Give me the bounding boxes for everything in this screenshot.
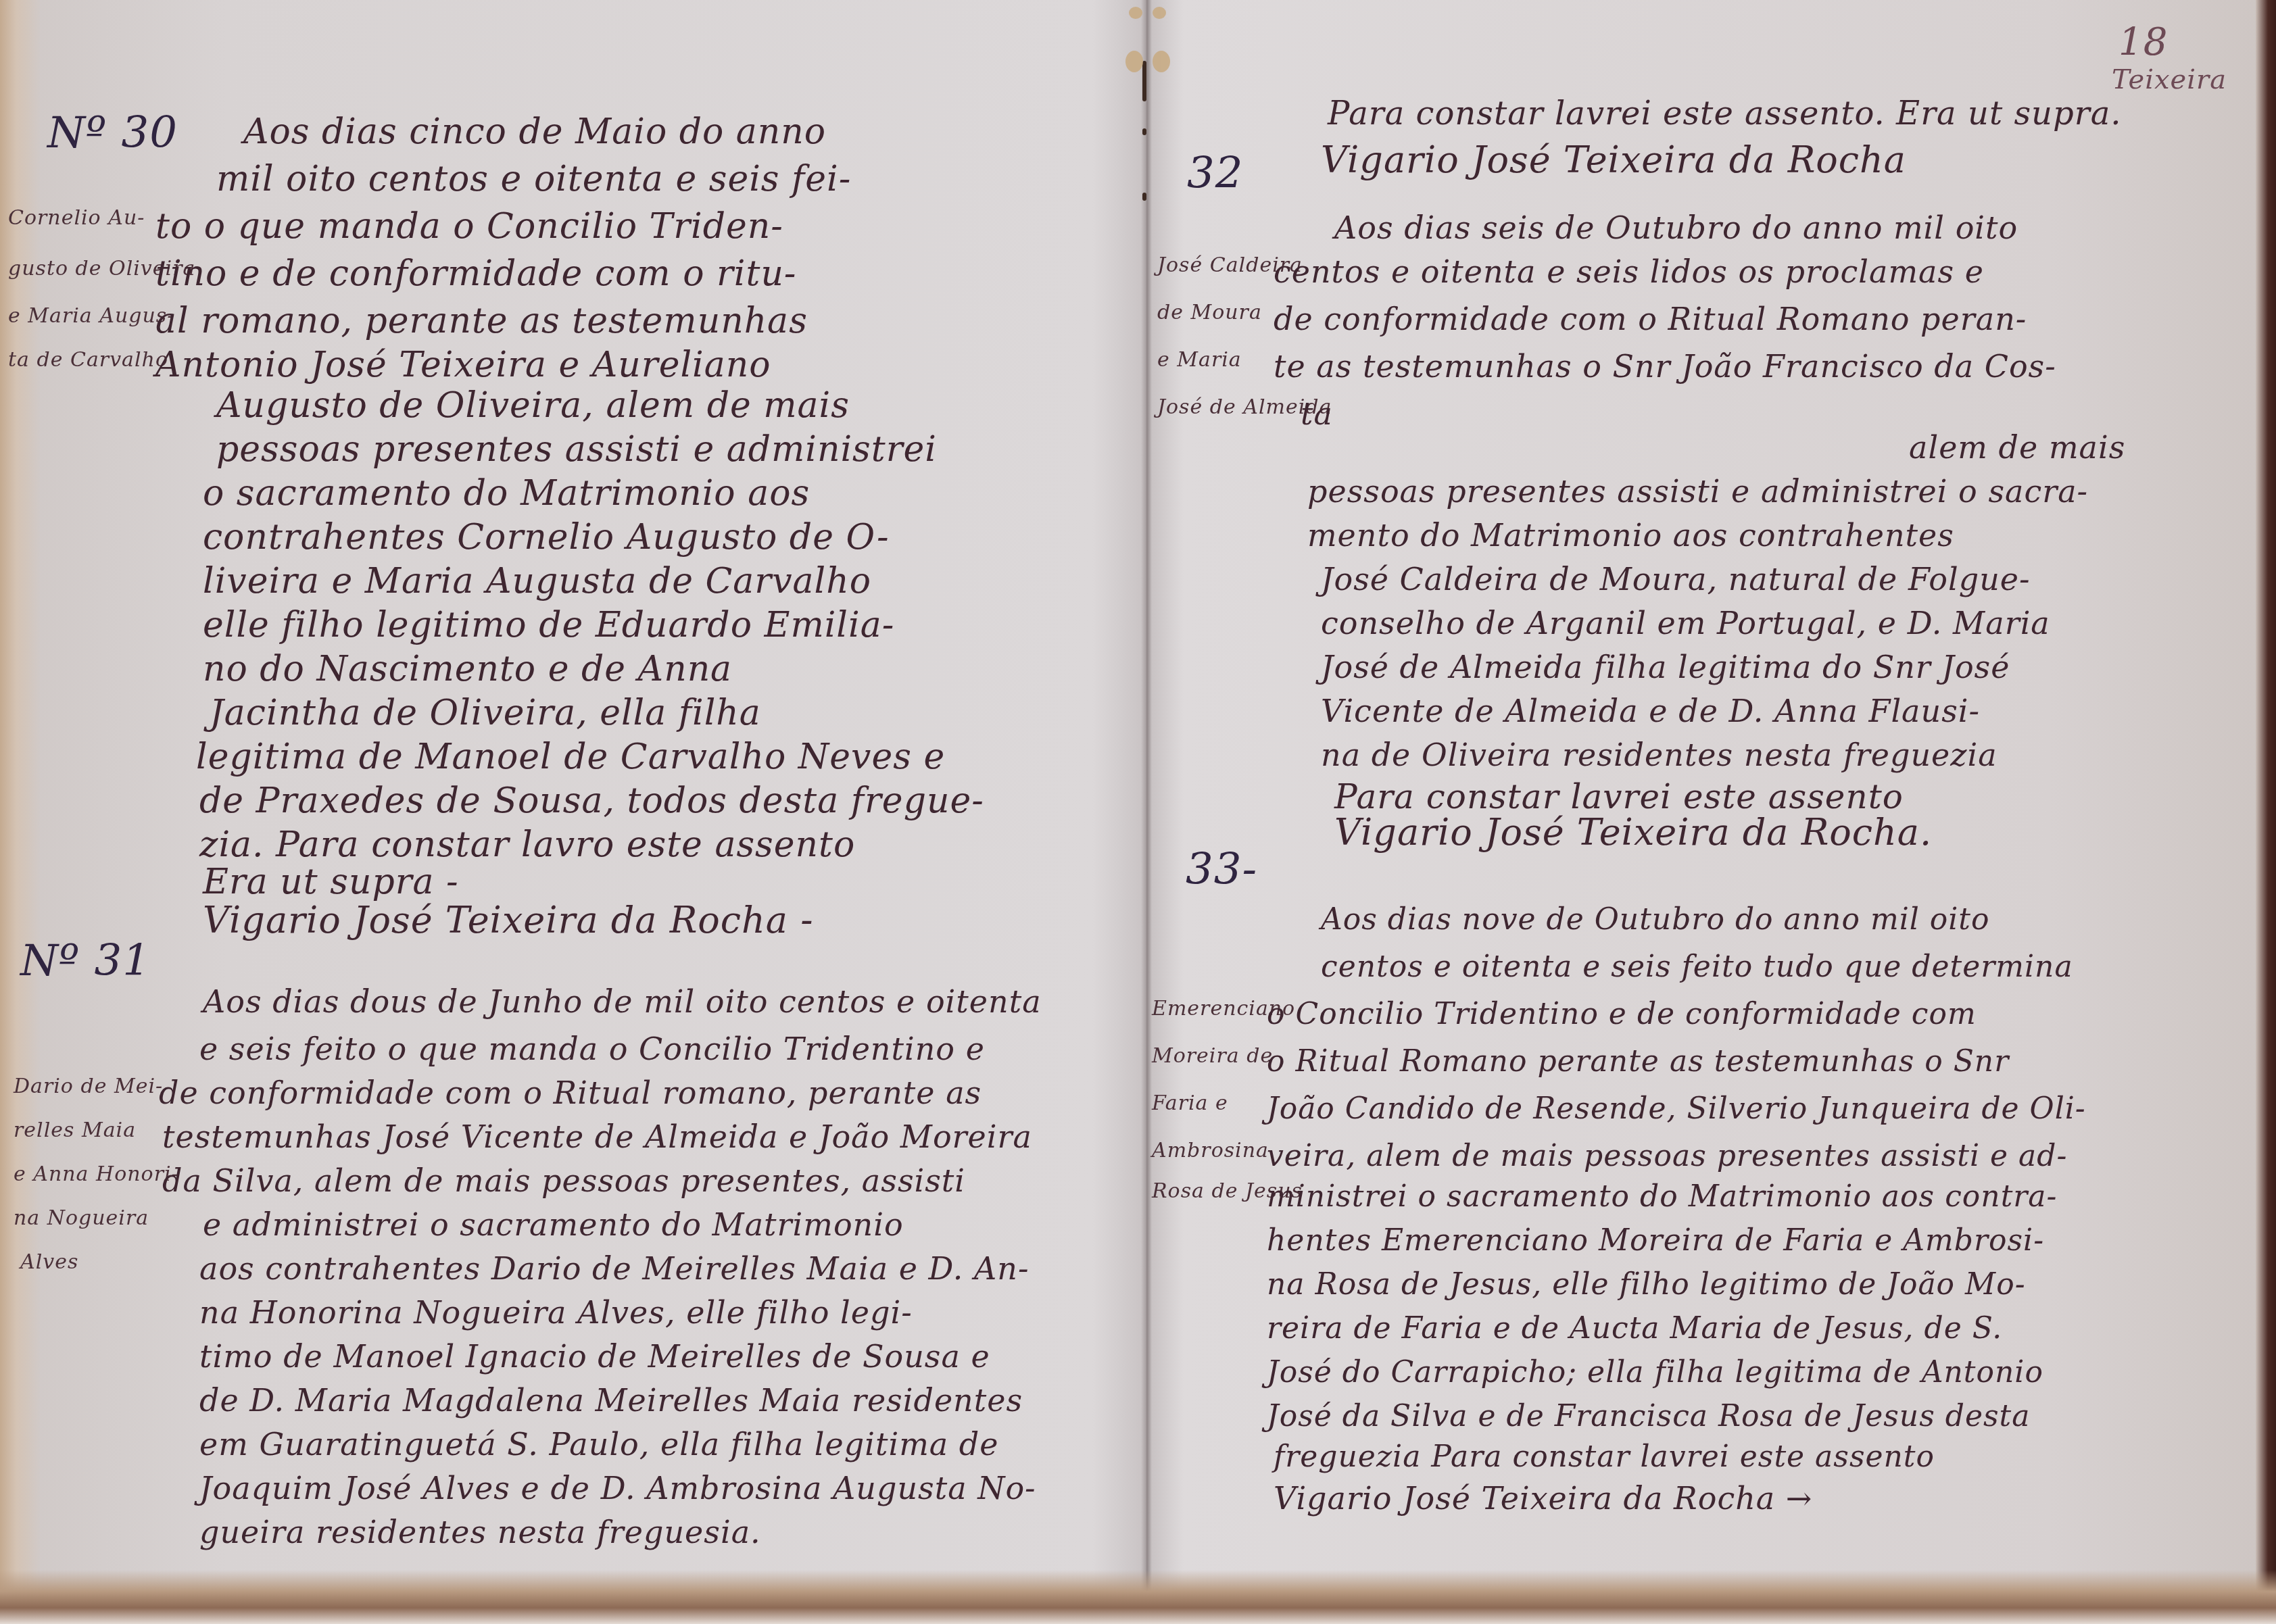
- vicar-signature: Vigario José Teixeira da Rocha →: [1274, 1480, 1812, 1517]
- entry-text-line: Antonio José Teixeira e Aureliano: [155, 345, 771, 385]
- binding-stitch: [1142, 193, 1146, 201]
- entry-text-line: pessoas presentes assisti e administrei …: [1307, 473, 2088, 510]
- entry-text-line: Jacintha de Oliveira, ella filha: [210, 693, 761, 733]
- margin-note-line: e Maria Augus-: [8, 304, 174, 328]
- entry-text-line: conselho de Arganil em Portugal, e D. Ma…: [1321, 605, 2050, 641]
- margin-note-line: Alves: [20, 1250, 78, 1274]
- entry-text-line: Aos dias cinco de Maio do anno: [243, 112, 826, 152]
- entry-text-line: na Honorina Nogueira Alves, elle filho l…: [199, 1294, 913, 1331]
- entry-text-line: al romano, perante as testemunhas: [155, 301, 808, 341]
- entry-text-line: zia. Para constar lavro este assento: [199, 825, 855, 865]
- entry-text-line: José da Silva e de Francisca Rosa de Jes…: [1267, 1399, 2030, 1433]
- margin-note-line: na Nogueira: [14, 1206, 149, 1230]
- entry-text-line: Aos dias dous de Junho de mil oito cento…: [203, 983, 1042, 1020]
- entry-text-line: Augusto de Oliveira, alem de mais: [216, 385, 850, 426]
- entry-text-line: José do Carrapicho; ella filha legitima …: [1267, 1355, 2043, 1389]
- entry-text-line: de conformidade com o Ritual romano, per…: [159, 1075, 982, 1111]
- entry-number: Nº 30: [47, 108, 178, 158]
- entry-text-line: e seis feito o que manda o Concilio Trid…: [199, 1031, 985, 1067]
- entry-text-line: na de Oliveira residentes nesta freguezi…: [1321, 737, 1997, 773]
- entry-text-line: o Ritual Romano perante as testemunhas o…: [1267, 1044, 2009, 1079]
- entry-text-line: da Silva, alem de mais pessoas presentes…: [162, 1162, 965, 1199]
- entry-text-line: o Concilio Tridentino e de conformidade …: [1267, 997, 1977, 1031]
- margin-note-line: Ambrosina: [1152, 1139, 1269, 1162]
- entry-number: 32: [1187, 149, 1243, 199]
- entry-text-line: no do Nascimento e de Anna: [203, 649, 732, 689]
- entry-text-line: testemunhas José Vicente de Almeida e Jo…: [162, 1118, 1032, 1155]
- entry-text-line: contrahentes Cornelio Augusto de O-: [203, 517, 890, 558]
- binding-stitch: [1142, 61, 1146, 101]
- margin-note-line: Dario de Mei-: [14, 1075, 163, 1098]
- entry-text-line: de D. Maria Magdalena Meirelles Maia res…: [199, 1382, 1023, 1419]
- margin-note-line: e Anna Honori-: [14, 1162, 179, 1186]
- entry-text-line: mil oito centos e oitenta e seis fei-: [216, 159, 851, 199]
- entry-text-line: Era ut supra -: [203, 862, 459, 902]
- left-page: Nº 30 Cornelio Au- gusto de Oliveira e M…: [0, 0, 1142, 1624]
- entry-number: Nº 31: [20, 936, 151, 986]
- entry-text-line: em Guaratinguetá S. Paulo, ella filha le…: [199, 1426, 998, 1462]
- entry-text-line: to o que manda o Concilio Triden-: [155, 206, 783, 247]
- margin-note-line: e Maria: [1157, 348, 1242, 372]
- vicar-signature: Vigario José Teixeira da Rocha -: [203, 899, 813, 941]
- entry-text-line: José de Almeida filha legitima do Snr Jo…: [1321, 649, 2010, 685]
- binding-gutter: [1141, 0, 1152, 1624]
- entry-text-line: Aos dias seis de Outubro do anno mil oit…: [1334, 210, 2018, 246]
- entry-text-line: te as testemunhas o Snr João Francisco d…: [1274, 348, 2056, 385]
- entry-text-line: na Rosa de Jesus, elle filho legitimo de…: [1267, 1267, 2026, 1302]
- binding-stitch: [1142, 128, 1146, 135]
- entry-text-line: Vicente de Almeida e de D. Anna Flausi-: [1321, 693, 1980, 729]
- entry-text-line: José Caldeira de Moura, natural de Folgu…: [1321, 561, 2031, 597]
- entry-text-line: pessoas presentes assisti e administrei: [216, 429, 937, 470]
- entry-text-line: e administrei o sacramento do Matrimonio: [203, 1206, 904, 1243]
- entry-text-line: legitima de Manoel de Carvalho Neves e: [196, 737, 945, 777]
- margin-note-line: ta de Carvalho: [8, 348, 168, 372]
- entry-text-line: veira, alem de mais pessoas presentes as…: [1267, 1139, 2067, 1173]
- margin-note-line: Moreira de: [1152, 1044, 1273, 1068]
- margin-note-line: Faria e: [1152, 1091, 1228, 1115]
- entry-text-line: timo de Manoel Ignacio de Meirelles de S…: [199, 1338, 990, 1375]
- folio-note: Teixeira: [2112, 64, 2227, 95]
- entry-text-line: o sacramento do Matrimonio aos: [203, 473, 810, 514]
- entry-text-line: Joaquim José Alves e de D. Ambrosina Aug…: [199, 1470, 1036, 1506]
- right-page: 18 Teixeira Para constar lavrei este ass…: [1152, 0, 2260, 1624]
- entry-text-line: João Candido de Resende, Silverio Junque…: [1267, 1091, 2086, 1126]
- entry-text-line: elle filho legitimo de Eduardo Emilia-: [203, 605, 894, 645]
- entry-text-line: de conformidade com o Ritual Romano pera…: [1274, 301, 2027, 337]
- vicar-signature: Vigario José Teixeira da Rocha: [1321, 139, 1906, 181]
- entry-text-line: hentes Emerenciano Moreira de Faria e Am…: [1267, 1223, 2044, 1258]
- folio-number: 18: [2118, 20, 2168, 64]
- entry-text-line: tino e de conformidade com o ritu-: [155, 253, 796, 294]
- entry-text-line: Aos dias nove de Outubro do anno mil oit…: [1321, 902, 1990, 937]
- entry-text-line: centos e oitenta e seis feito tudo que d…: [1321, 950, 2073, 984]
- entry-text-line: liveira e Maria Augusta de Carvalho: [203, 561, 871, 601]
- entry-number: 33-: [1186, 845, 1257, 895]
- vicar-signature: Vigario José Teixeira da Rocha.: [1334, 811, 1932, 854]
- entry-text-line: ta: [1301, 395, 1333, 432]
- entry-text-line: alem de mais: [1909, 429, 2125, 466]
- margin-note-line: Cornelio Au-: [8, 206, 145, 230]
- entry-text-line: ministrei o sacramento do Matrimonio aos…: [1267, 1179, 2057, 1214]
- register-spread: Nº 30 Cornelio Au- gusto de Oliveira e M…: [0, 0, 2276, 1624]
- continuation-line: Para constar lavrei este assento. Era ut…: [1328, 95, 2122, 132]
- entry-text-line: centos e oitenta e seis lidos os proclam…: [1274, 253, 1984, 290]
- entry-text-line: freguezia Para constar lavrei este assen…: [1274, 1440, 1935, 1474]
- entry-text-line: gueira residentes nesta freguesia.: [199, 1514, 761, 1550]
- entry-text-line: reira de Faria e de Aucta Maria de Jesus…: [1267, 1311, 2002, 1346]
- entry-text-line: aos contrahentes Dario de Meirelles Maia…: [199, 1250, 1029, 1287]
- entry-text-line: de Praxedes de Sousa, todos desta fregue…: [199, 781, 984, 821]
- entry-text-line: mento do Matrimonio aos contrahentes: [1307, 517, 1954, 553]
- margin-note-line: relles Maia: [14, 1118, 136, 1142]
- margin-note-line: de Moura: [1157, 301, 1262, 324]
